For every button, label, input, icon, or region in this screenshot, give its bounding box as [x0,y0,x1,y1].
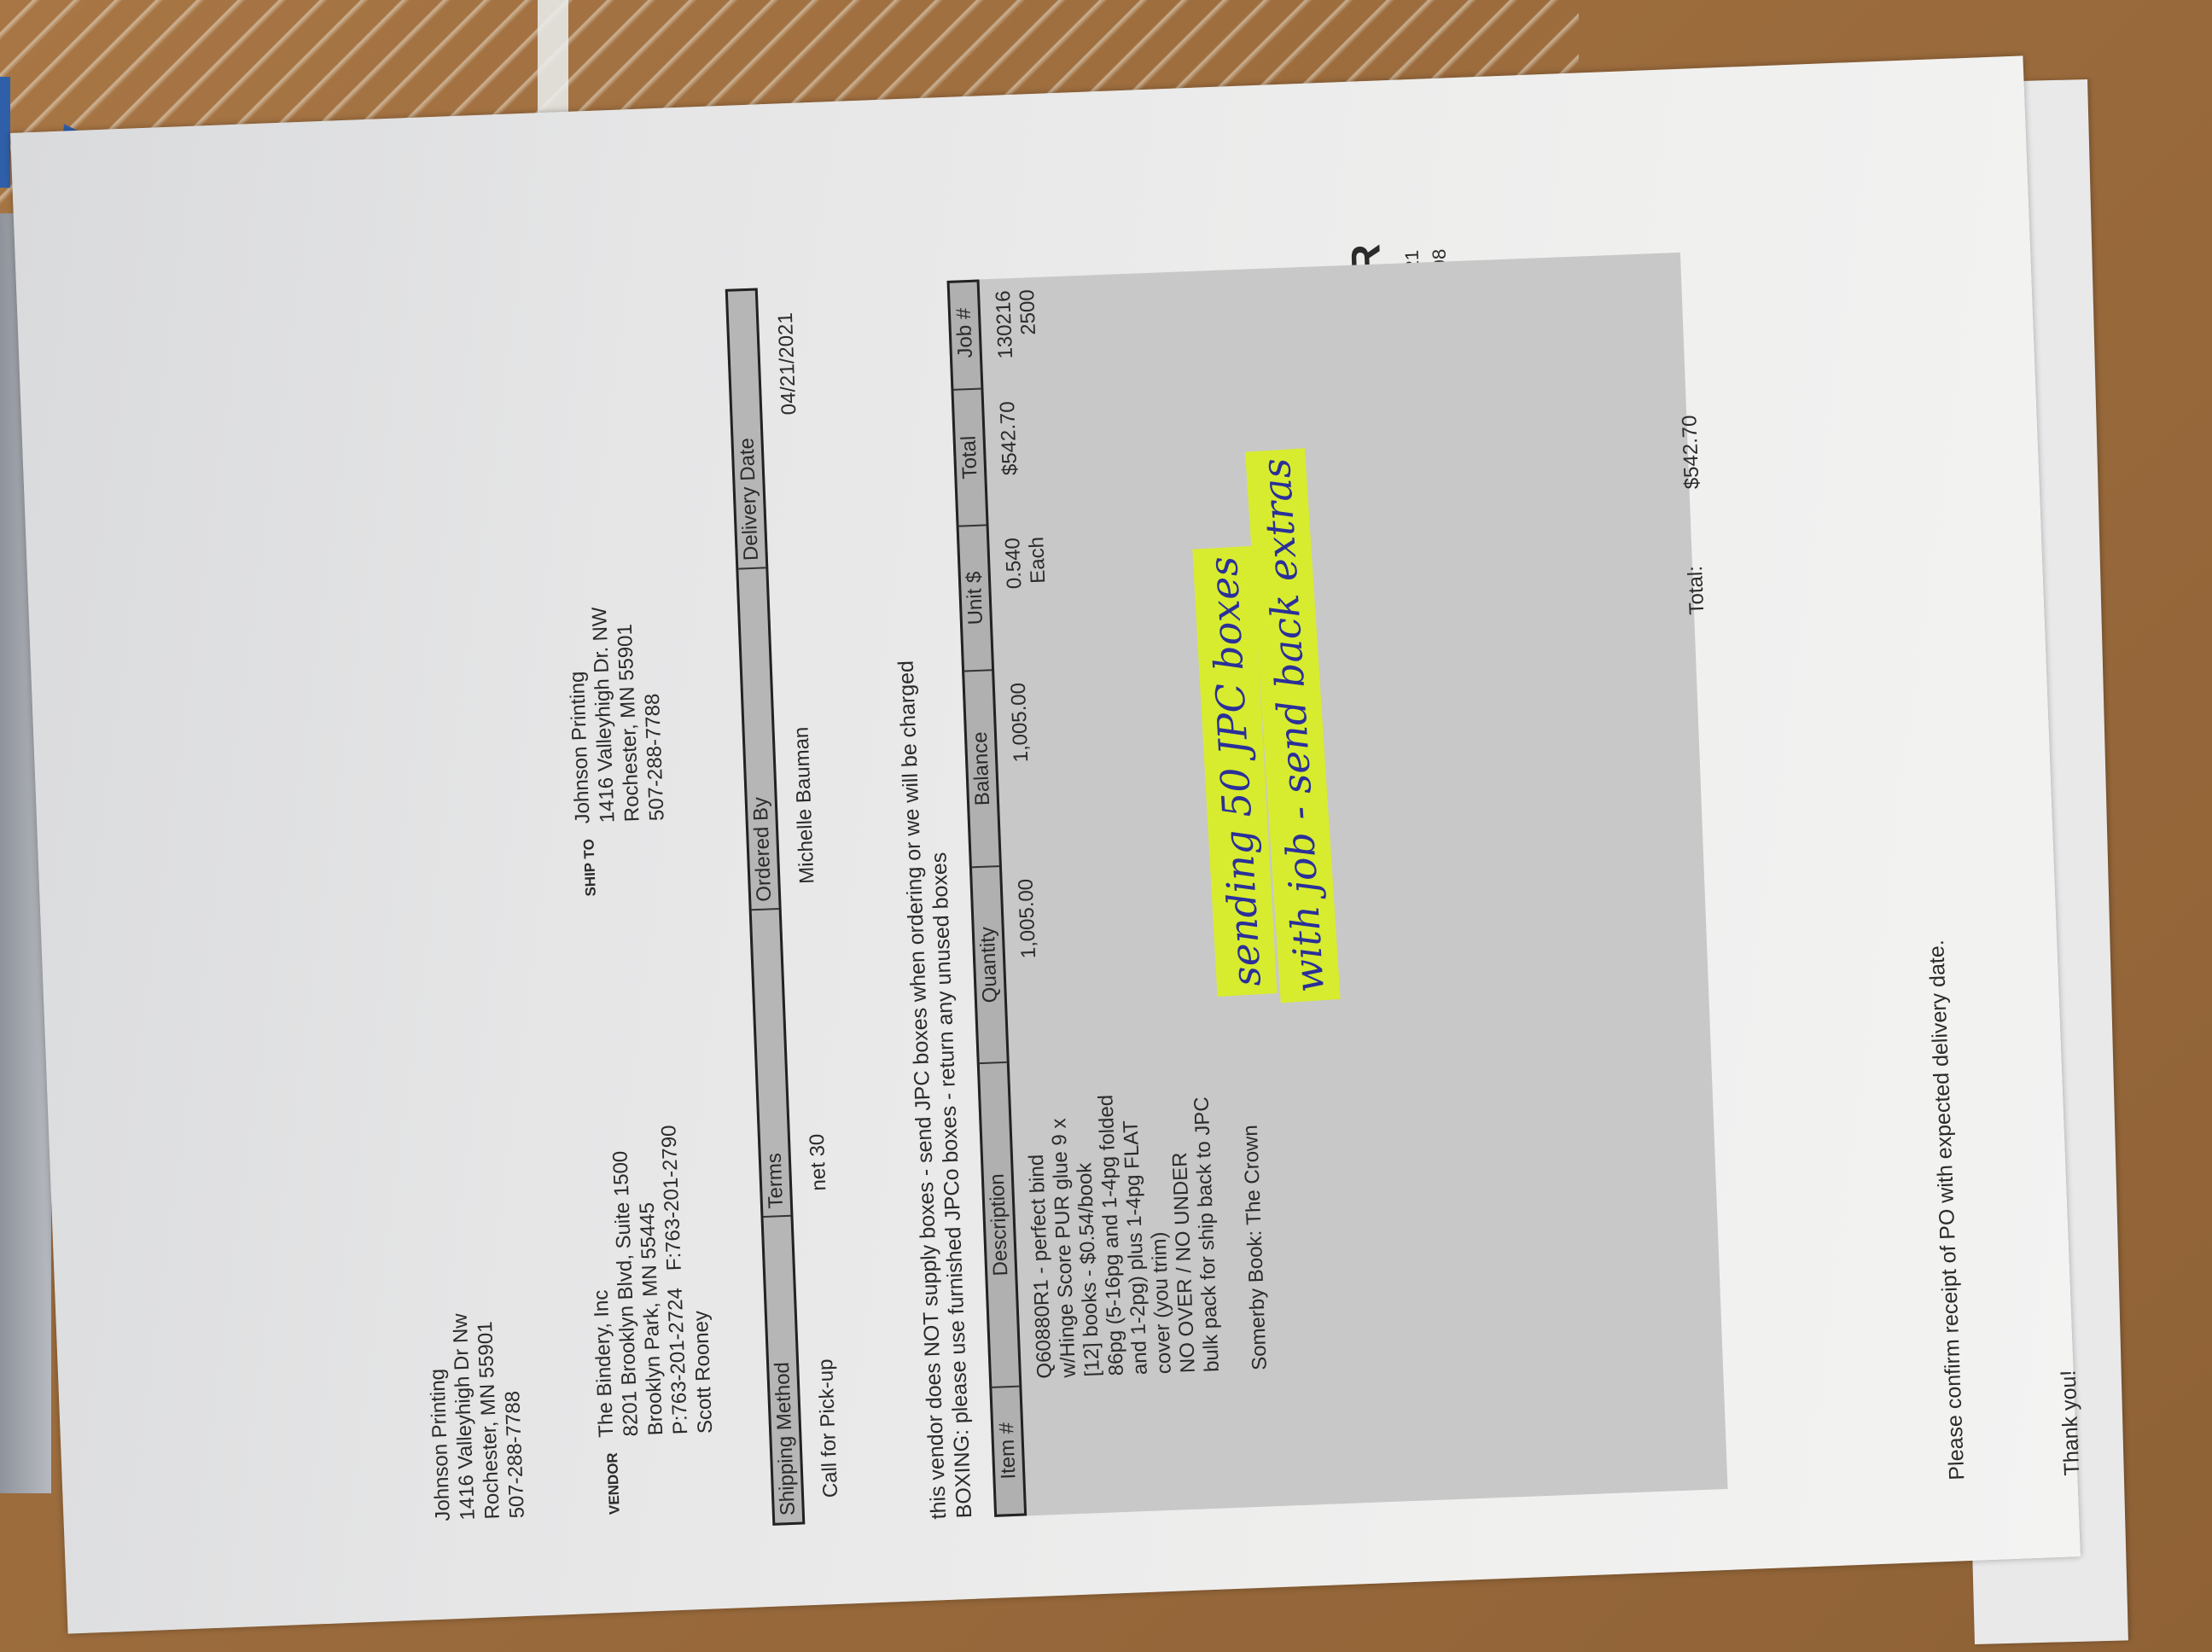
unit-label: Each [1025,537,1054,671]
terms-value: net 30 [795,909,835,1217]
item-description: Q60880R1 - perfect bind w/Hinge Score PU… [1022,1055,1272,1387]
sender-address: Johnson Printing 1416 Valleyhigh Dr Nw R… [423,1312,530,1522]
delivery-date-value: 04/21/2021 [771,287,810,569]
item-number [1033,1378,1278,1515]
purchase-order-document: PURCHASE ORDER Issue Date: 04/13/2021 PO… [10,55,2081,1633]
header-quantity: Quantity [972,865,1007,1062]
ship-to-block: SHIP TO Johnson Printing 1416 Valleyhigh… [562,605,672,898]
header-description: Description [980,1062,1020,1387]
boxing-notice: this vendor does NOT supply boxes - send… [894,659,978,1520]
shipping-method-value: Call for Pick-up [807,1216,847,1524]
line-items-table: Item # Description Quantity Balance Unit… [947,253,1728,1517]
blue-packaging-edge [0,77,10,188]
confirm-text: Please confirm receipt of PO with expect… [1924,939,1970,1480]
header-unit-price: Unit $ [959,524,992,670]
job-number: 130216 [992,290,1019,390]
header-delivery-date: Delivery Date [728,286,766,568]
header-terms: Terms [752,908,791,1216]
total-label: Total: [1684,566,1709,615]
thank-you-text: Thank you! [2057,1370,2086,1476]
total-value: $542.70 [1678,415,1704,490]
header-total: Total [953,388,986,526]
vendor-block: VENDOR The Bindery, Inc 8201 Brooklyn Bl… [582,1124,720,1515]
header-job-number: Job # [949,277,981,389]
book-title: Somerby Book: The Crown [1237,1055,1273,1380]
order-info-table: Shipping Method Terms Ordered By Deliver… [725,287,847,1526]
ship-to-label: SHIP TO [571,835,672,897]
vendor-label: VENDOR [595,1448,721,1515]
handwritten-note: sending 50 JPC boxes with job - send bac… [1188,318,1334,1005]
header-ordered-by: Ordered By [738,567,778,909]
header-shipping-method: Shipping Method [763,1215,802,1523]
header-item-number: Item # [992,1386,1024,1515]
purchase-order-sheet: PURCHASE ORDER Issue Date: 04/13/2021 PO… [10,55,2081,1633]
ordered-by-value: Michelle Bauman [782,567,822,910]
header-balance: Balance [964,669,999,866]
job-sub-number: 2500 [1016,289,1043,389]
